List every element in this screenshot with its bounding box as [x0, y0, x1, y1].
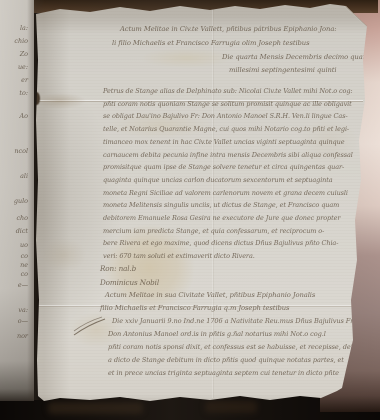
manuscript-line: carnaucem debita pecunia infine intra me… [103, 151, 353, 159]
adjacent-fragment-line: e— [0, 281, 28, 289]
adjacent-fragment-line: ne [0, 261, 28, 269]
manuscript-line: Die xxiv Januarii 9.no Ind.ne 1706 a Nat… [112, 317, 355, 325]
manuscript-line: filio Michaelis et Francisco Farrugia q.… [100, 304, 289, 312]
adjacent-fragment-line: er [0, 76, 28, 84]
adjacent-fragment-line: co [0, 252, 28, 260]
manuscript-line: Dominicus Nobil [100, 278, 159, 287]
adjacent-fragment-line: Zo [0, 50, 28, 58]
photo-stage: la:chioZoue:erto:Aoncolaligulochodictuoc… [0, 0, 380, 420]
manuscript-line: Actum Melitae in Civ.te Vallett, pñtibus… [120, 25, 336, 33]
manuscript-line: Die quarta Mensis Decembris decimo quart… [222, 53, 380, 61]
adjacent-fragment-line: nor [0, 332, 28, 340]
manuscript-line: et in prece uncias triginta septuaginta … [108, 369, 339, 377]
adjacent-fragment-line: co [0, 270, 28, 278]
manuscript-page: Actum Melitae in Civ.te Vallett, pñtibus… [0, 0, 380, 420]
adjacent-fragment-line: ue: [0, 63, 28, 71]
manuscript-line: quaginta quinque uncias carlon ducatorum… [103, 176, 333, 184]
adjacent-fragment-line: o— [0, 317, 28, 325]
adjacent-fragment-line: to: [0, 89, 28, 97]
adjacent-page: la:chioZoue:erto:Aoncolaligulochodictuoc… [0, 0, 34, 401]
manuscript-line: mercium iam predicta Stange, et quia con… [103, 227, 324, 235]
paraph-flourish [72, 315, 108, 339]
adjacent-fragment-line: uo [0, 241, 28, 249]
manuscript-line: pñti coram notis quoniam Stange se solit… [103, 100, 352, 108]
adjacent-fragment-line: gulo [0, 197, 28, 205]
manuscript-line: veri: 670 tam soluti et extimaverit dict… [103, 252, 255, 260]
manuscript-line: promisitque quam ipse de Stange solvere … [103, 163, 344, 171]
manuscript-line: Actum Melitae in sua Civitate Vallet, pñ… [105, 291, 315, 299]
adjacent-fragment-line: Ao [0, 112, 28, 120]
adjacent-fragment-line: ncol [0, 147, 28, 155]
manuscript-line: bere Rivera et ego maxime, quod dicens d… [103, 239, 338, 247]
manuscript-line: moneta Melitensis singulis unciis, ut di… [103, 201, 339, 209]
manuscript-line: Petrus de Stange alias de Delphinato sub… [103, 87, 353, 95]
manuscript-line: Ron: nal.b [100, 264, 136, 273]
manuscript-line: li filio Michaelis et Francisco Farrugia… [112, 39, 309, 47]
manuscript-line: Don Antonius Manoel ord.is in pñtis g.ña… [108, 330, 326, 338]
manuscript-line: timanceo mox tenent in hac Civ.te Vallet… [103, 138, 344, 146]
table-wood-patch [48, 402, 143, 414]
manuscript-line: debitorem Emanuele Rosa Gesira ne execut… [103, 214, 340, 222]
adjacent-fragment-line: va: [0, 306, 28, 314]
manuscript-line: pñti coram notis sponsi dixit, et confes… [108, 343, 359, 351]
adjacent-fragment-line: chio [0, 37, 28, 45]
manuscript-line: telle, et Notarius Quarantie Magne, cui … [103, 125, 349, 133]
table-wood-patch [205, 401, 257, 413]
manuscript-line: moneta Regni Siciliae ad valorem carleno… [103, 189, 348, 197]
manuscript-line: millesimi septingentesimi quinti [229, 66, 337, 74]
manuscript-line: se obligat Dau'ino Bajulivo Fr: Don Anto… [103, 112, 348, 120]
adjacent-fragment-line: cho [0, 214, 28, 222]
foxing-stain [42, 238, 86, 272]
foxing-stain [140, 48, 232, 68]
adjacent-fragment-line: la: [0, 24, 28, 32]
smudge-near-gutter [34, 93, 86, 109]
manuscript-line: a dicto de Stange debitum in dicto pñtis… [108, 356, 344, 364]
adjacent-fragment-line: ali [0, 172, 28, 180]
adjacent-fragment-line: dict [0, 227, 28, 235]
